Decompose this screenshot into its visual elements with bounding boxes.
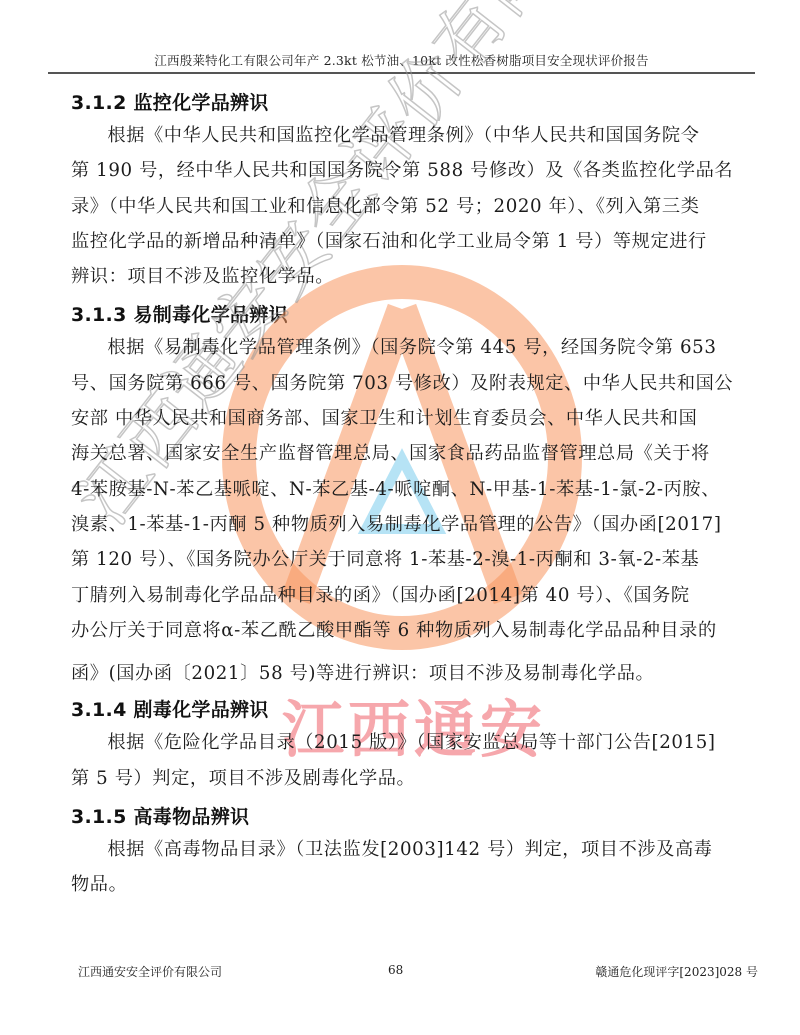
section-heading: 3.1.4 剧毒化学品辨识 — [71, 695, 733, 725]
paragraph: 根据《高毒物品目录》（卫法监发[2003]142 号）判定，项目不涉及高毒 物品… — [71, 832, 733, 903]
text-line: 物品。 — [71, 867, 733, 902]
text-line: 根据《易制毒化学品管理条例》（国务院令第 445 号，经国务院令第 653 — [71, 330, 733, 365]
text-line: 辨识：项目不涉及监控化学品。 — [71, 259, 733, 294]
text-line: 溴素、1-苯基-1-丙酮 5 种物质列入易制毒化学品管理的公告》（国办函[201… — [71, 507, 733, 542]
text-line: 第 120 号）、《国务院办公厅关于同意将 1-苯基-2-溴-1-丙酮和 3-氧… — [71, 542, 733, 577]
footer-doc-number: 赣通危化现评字[2023]028 号 — [595, 963, 758, 980]
paragraph: 根据《中华人民共和国监控化学品管理条例》（中华人民共和国国务院令 第 190 号… — [71, 118, 733, 294]
paragraph: 根据《易制毒化学品管理条例》（国务院令第 445 号，经国务院令第 653 号、… — [71, 330, 733, 691]
text-line: 办公厅关于同意将α-苯乙酰乙酸甲酯等 6 种物质列入易制毒化学品品种目录的 — [71, 613, 733, 648]
section-highly-toxic-chemicals: 3.1.4 剧毒化学品辨识 根据《危险化学品目录（2015 版）》（国家安监总局… — [71, 695, 733, 796]
text-line: 根据《危险化学品目录（2015 版）》（国家安监总局等十部门公告[2015] — [71, 725, 733, 760]
document-body: 3.1.2 监控化学品辨识 根据《中华人民共和国监控化学品管理条例》（中华人民共… — [71, 88, 733, 903]
text-line: 丁腈列入易制毒化学品品种目录的函》（国办函[2014]第 40 号）、《国务院 — [71, 578, 733, 613]
section-heading: 3.1.3 易制毒化学品辨识 — [71, 300, 733, 330]
text-line: 函》(国办函〔2021〕58 号)等进行辨识：项目不涉及易制毒化学品。 — [71, 656, 733, 691]
paragraph: 根据《危险化学品目录（2015 版）》（国家安监总局等十部门公告[2015] 第… — [71, 725, 733, 796]
page-number: 68 — [388, 963, 403, 977]
text-line: 第 5 号）判定，项目不涉及剧毒化学品。 — [71, 761, 733, 796]
text-line: 安部 中华人民共和国商务部、国家卫生和计划生育委员会、中华人民共和国 — [71, 401, 733, 436]
text-line: 4-苯胺基-N-苯乙基哌啶、N-苯乙基-4-哌啶酮、N-甲基-1-苯基-1-氯-… — [71, 472, 733, 507]
text-line: 第 190 号，经中华人民共和国国务院令第 588 号修改）及《各类监控化学品名 — [71, 153, 733, 188]
text-line: 录》（中华人民共和国工业和信息化部令第 52 号；2020 年）、《列入第三类 — [71, 189, 733, 224]
text-line: 根据《高毒物品目录》（卫法监发[2003]142 号）判定，项目不涉及高毒 — [71, 832, 733, 867]
section-precursor-chemicals: 3.1.3 易制毒化学品辨识 根据《易制毒化学品管理条例》（国务院令第 445 … — [71, 300, 733, 691]
text-line: 海关总署、国家安全生产监督管理总局、国家食品药品监督管理总局《关于将 — [71, 436, 733, 471]
text-line: 号、国务院第 666 号、国务院第 703 号修改）及附表规定、中华人民共和国公 — [71, 366, 733, 401]
text-line: 监控化学品的新增品种清单》（国家石油和化学工业局令第 1 号）等规定进行 — [71, 224, 733, 259]
section-monitored-chemicals: 3.1.2 监控化学品辨识 根据《中华人民共和国监控化学品管理条例》（中华人民共… — [71, 88, 733, 294]
section-heading: 3.1.2 监控化学品辨识 — [71, 88, 733, 118]
footer-company: 江西通安安全评价有限公司 — [78, 963, 222, 980]
section-high-toxicity-items: 3.1.5 高毒物品辨识 根据《高毒物品目录》（卫法监发[2003]142 号）… — [71, 802, 733, 903]
header-divider — [48, 72, 755, 74]
page-header: 江西殷莱特化工有限公司年产 2.3kt 松节油、10kt 改性松香树脂项目安全现… — [48, 51, 755, 69]
text-line: 根据《中华人民共和国监控化学品管理条例》（中华人民共和国国务院令 — [71, 118, 733, 153]
section-heading: 3.1.5 高毒物品辨识 — [71, 802, 733, 832]
